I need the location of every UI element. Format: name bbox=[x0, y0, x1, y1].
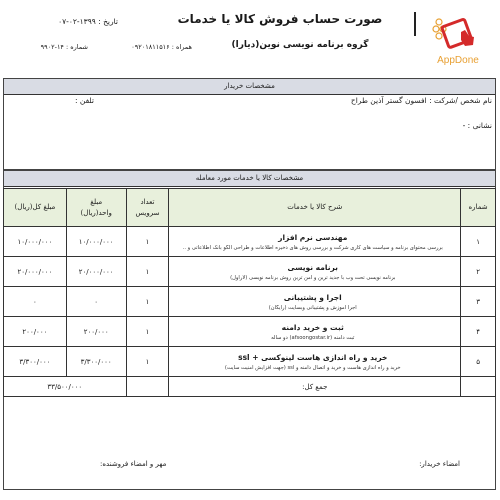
table-row: ۲ برنامه نویسی برنامه نویسی تحت وب با جد… bbox=[4, 257, 496, 287]
row-number: ۳ bbox=[461, 287, 496, 317]
col-header-total: مبلغ کل(ریال) bbox=[4, 189, 67, 227]
row-subtitle: برنامه نویسی تحت وب با جدید ترین و امن ت… bbox=[169, 275, 456, 281]
row-unit-price: ۰ bbox=[66, 287, 126, 317]
row-title: ثبت و خرید دامنه bbox=[169, 323, 456, 332]
row-number: ۴ bbox=[461, 317, 496, 347]
buyer-section: مشخصات خریدار bbox=[3, 78, 496, 170]
col-header-quantity: تعداد سرویس bbox=[126, 189, 169, 227]
row-total: ۰ bbox=[4, 287, 67, 317]
date-value: ۱۳۹۹-۰۲-۰۷ bbox=[58, 17, 96, 26]
items-table: شماره شرح کالا یا خدمات تعداد سرویس مبلغ… bbox=[3, 188, 496, 397]
buyer-address-label: نشانی : bbox=[468, 121, 492, 130]
buyer-signature-label: امضاء خریدار: bbox=[419, 460, 460, 468]
logo-text: AppDone bbox=[425, 55, 491, 66]
row-subtitle: بررسی محتوای برنامه و سیاست های کاری شرک… bbox=[169, 245, 456, 251]
invoice-date: تاریخ : ۱۳۹۹-۰۲-۰۷ bbox=[8, 17, 118, 26]
row-description: اجرا و پشتیبانی اجرا آموزش و پشتیبانی وب… bbox=[169, 287, 461, 317]
invoice-number: شماره : ۱۴-۹۹۰۲ bbox=[8, 43, 88, 51]
col-header-description: شرح کالا یا خدمات bbox=[169, 189, 461, 227]
row-description: مهندسی نرم افزار بررسی محتوای برنامه و س… bbox=[169, 227, 461, 257]
row-total: ۲۰۰/۰۰۰ bbox=[4, 317, 67, 347]
row-description: ثبت و خرید دامنه ثبت دامنه (afsoongostar… bbox=[169, 317, 461, 347]
row-total: ۳/۳۰۰/۰۰۰ bbox=[4, 347, 67, 377]
company-name: گروه برنامه نویسی نوین(دیارا) bbox=[200, 40, 400, 50]
divider-bar bbox=[414, 12, 416, 36]
row-unit-price: ۲۰۰/۰۰۰ bbox=[66, 317, 126, 347]
row-quantity: ۱ bbox=[126, 347, 169, 377]
date-label: تاریخ : bbox=[98, 17, 118, 26]
row-title: اجرا و پشتیبانی bbox=[169, 293, 456, 302]
row-subtitle: خرید و راه اندازی هاست و خرید و اتصال دا… bbox=[169, 365, 456, 371]
grand-total-value: ۳۳/۵۰۰/۰۰۰ bbox=[4, 377, 127, 397]
row-quantity: ۱ bbox=[126, 317, 169, 347]
row-number: ۲ bbox=[461, 257, 496, 287]
buyer-name: نام شخص /شرکت : افسون گستر آذین طراح bbox=[351, 96, 492, 105]
row-number: ۱ bbox=[461, 227, 496, 257]
seller-signature-label: مهر و امضاء فروشنده: bbox=[100, 460, 166, 468]
buyer-name-value: افسون گستر آذین طراح bbox=[351, 96, 427, 105]
table-row: ۵ خرید و راه اندازی هاست لینوکسی + ssl خ… bbox=[4, 347, 496, 377]
row-subtitle: اجرا آموزش و پشتیبانی وبسایت (رایگان) bbox=[169, 305, 456, 311]
col-header-unit-line2: واحد(ریال) bbox=[81, 209, 112, 217]
row-quantity: ۱ bbox=[126, 227, 169, 257]
row-title: برنامه نویسی bbox=[169, 263, 456, 272]
row-quantity: ۱ bbox=[126, 287, 169, 317]
table-row: ۴ ثبت و خرید دامنه ثبت دامنه (afsoongost… bbox=[4, 317, 496, 347]
row-description: خرید و راه اندازی هاست لینوکسی + ssl خری… bbox=[169, 347, 461, 377]
col-header-quantity-line2: سرویس bbox=[135, 209, 159, 217]
col-header-unit-line1: مبلغ bbox=[90, 198, 102, 206]
invoice-title: صورت حساب فروش کالا یا خدمات bbox=[160, 12, 400, 26]
grand-total-spacer bbox=[461, 377, 496, 397]
row-total: ۱۰/۰۰۰/۰۰۰ bbox=[4, 227, 67, 257]
row-quantity: ۱ bbox=[126, 257, 169, 287]
col-header-unit-price: مبلغ واحد(ریال) bbox=[66, 189, 126, 227]
number-value: ۱۴-۹۹۰۲ bbox=[41, 43, 64, 51]
row-unit-price: ۱۰/۰۰۰/۰۰۰ bbox=[66, 227, 126, 257]
seller-phone: همراه : ۰۹۲۰۱۸۱۱۵۱۶ bbox=[92, 43, 192, 51]
row-subtitle: ثبت دامنه (afsoongostar.ir) دو ساله bbox=[169, 335, 456, 341]
buyer-section-title: مشخصات خریدار bbox=[4, 79, 495, 95]
buyer-tel-label: تلفن : bbox=[75, 96, 94, 105]
col-header-quantity-line1: تعداد bbox=[140, 198, 154, 206]
row-total: ۲۰/۰۰۰/۰۰۰ bbox=[4, 257, 67, 287]
buyer-name-label: نام شخص /شرکت : bbox=[429, 96, 492, 105]
items-section-title: مشخصات کالا یا خدمات مورد معامله bbox=[4, 171, 495, 187]
grand-total-row: جمع کل: ۳۳/۵۰۰/۰۰۰ bbox=[4, 377, 496, 397]
table-row: ۳ اجرا و پشتیبانی اجرا آموزش و پشتیبانی … bbox=[4, 287, 496, 317]
row-description: برنامه نویسی برنامه نویسی تحت وب با جدید… bbox=[169, 257, 461, 287]
buyer-tel: تلفن : bbox=[75, 96, 94, 105]
table-row: ۱ مهندسی نرم افزار بررسی محتوای برنامه و… bbox=[4, 227, 496, 257]
number-label: شماره : bbox=[66, 43, 88, 51]
table-header-row: شماره شرح کالا یا خدمات تعداد سرویس مبلغ… bbox=[4, 189, 496, 227]
phone-value: ۰۹۲۰۱۸۱۱۵۱۶ bbox=[131, 43, 169, 51]
row-number: ۵ bbox=[461, 347, 496, 377]
buyer-address: نشانی : - bbox=[463, 121, 492, 130]
grand-total-qty-spacer bbox=[126, 377, 169, 397]
company-logo: AppDone bbox=[425, 12, 491, 66]
phone-label: همراه : bbox=[172, 43, 192, 51]
buyer-address-value: - bbox=[463, 121, 466, 130]
row-unit-price: ۲۰/۰۰۰/۰۰۰ bbox=[66, 257, 126, 287]
appdone-logo-icon bbox=[425, 12, 491, 56]
row-title: مهندسی نرم افزار bbox=[169, 233, 456, 242]
row-title: خرید و راه اندازی هاست لینوکسی + ssl bbox=[169, 353, 456, 362]
col-header-number: شماره bbox=[461, 189, 496, 227]
row-unit-price: ۳/۳۰۰/۰۰۰ bbox=[66, 347, 126, 377]
grand-total-label: جمع کل: bbox=[169, 377, 461, 397]
